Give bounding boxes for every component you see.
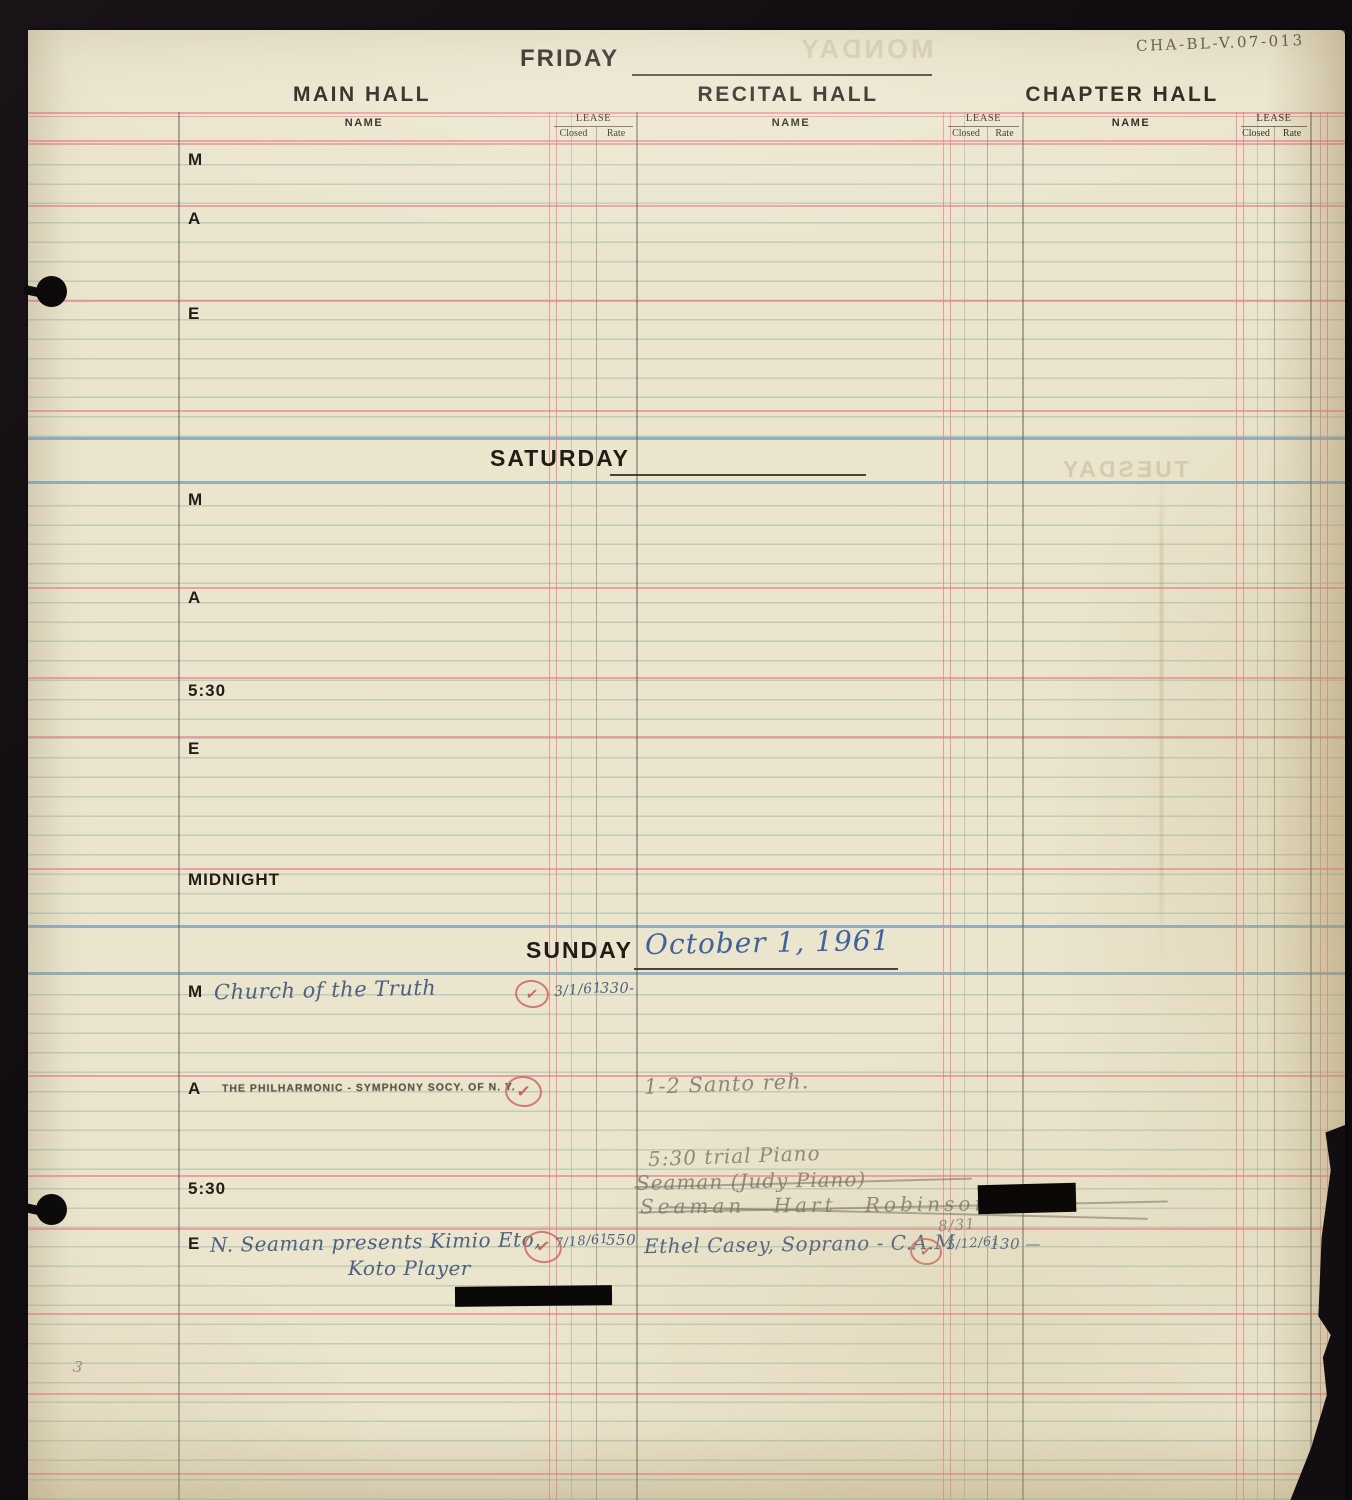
sunday-time-e: E: [188, 1234, 200, 1254]
entry-main-a-stamp: THE PHILHARMONIC - SYMPHONY SOCY. OF N. …: [222, 1081, 516, 1095]
recital-name-header: NAME: [741, 117, 841, 129]
chapter-lease-header: LEASE: [1238, 113, 1310, 124]
sunday-date-line: [634, 968, 898, 970]
saturday-title: SATURDAY: [490, 445, 630, 472]
main-lease-header: LEASE: [551, 113, 636, 124]
friday-time-e: E: [188, 304, 200, 324]
saturday-time-m: M: [188, 490, 203, 510]
ruled-lines-saturday: [28, 487, 1345, 925]
ghost-text-tuesday: TUESDAY: [1060, 456, 1189, 483]
main-rate-header: Rate: [596, 128, 636, 139]
entry-main-m-name: Church of the Truth: [214, 976, 437, 1005]
entry-recital-e-name: Ethel Casey, Soprano - C.A.M: [644, 1230, 956, 1258]
recital-rate-header: Rate: [987, 128, 1022, 139]
main-closed-header: Closed: [551, 128, 596, 139]
ledger-page: MONDAY TUESDAY: [28, 30, 1345, 1500]
friday-date-line: [632, 74, 932, 76]
sunday-date-handwritten: October 1, 1961: [645, 924, 891, 961]
main-name-header: NAME: [314, 117, 414, 129]
ruled-lines-friday: [28, 146, 1345, 437]
main-hall-title: MAIN HALL: [262, 83, 462, 107]
sunday-time-a: A: [188, 1079, 201, 1099]
hole-punch: [36, 276, 67, 307]
friday-title: FRIDAY: [520, 45, 619, 73]
entry-main-e-name-line2: Koto Player: [348, 1256, 471, 1280]
saturday-time-530: 5:30: [188, 681, 226, 701]
chapter-closed-header: Closed: [1238, 128, 1274, 139]
entry-main-m-rate: 330-: [600, 981, 635, 997]
entry-recital-e-rate: 130 —: [990, 1235, 1041, 1253]
sunday-time-530: 5:30: [188, 1179, 226, 1199]
archive-code: CHA-BL-V.07-013: [1136, 31, 1305, 55]
redaction-box: [978, 1183, 1077, 1215]
recital-closed-header: Closed: [945, 128, 987, 139]
redaction-box: [455, 1285, 612, 1307]
chapter-name-header: NAME: [1081, 117, 1181, 129]
recital-hall-title: RECITAL HALL: [668, 83, 908, 107]
saturday-time-a: A: [188, 588, 201, 608]
chapter-rate-header: Rate: [1274, 128, 1310, 139]
chapter-hall-title: CHAPTER HALL: [1002, 83, 1242, 107]
friday-time-a: A: [188, 209, 201, 229]
sunday-title: SUNDAY: [526, 937, 633, 964]
entry-main-e-rate: 550: [606, 1231, 636, 1249]
hole-punch: [36, 1194, 67, 1225]
friday-time-m: M: [188, 150, 203, 170]
recital-lease-header: LEASE: [945, 113, 1022, 124]
paper-crease: [1160, 470, 1163, 960]
ghost-text-monday: MONDAY: [798, 34, 934, 65]
sunday-time-m: M: [188, 982, 203, 1002]
ledger-scan: MONDAY TUESDAY: [0, 0, 1352, 1500]
saturday-time-midnight: MIDNIGHT: [188, 870, 280, 890]
saturday-time-e: E: [188, 739, 200, 759]
saturday-date-line: [610, 474, 866, 476]
